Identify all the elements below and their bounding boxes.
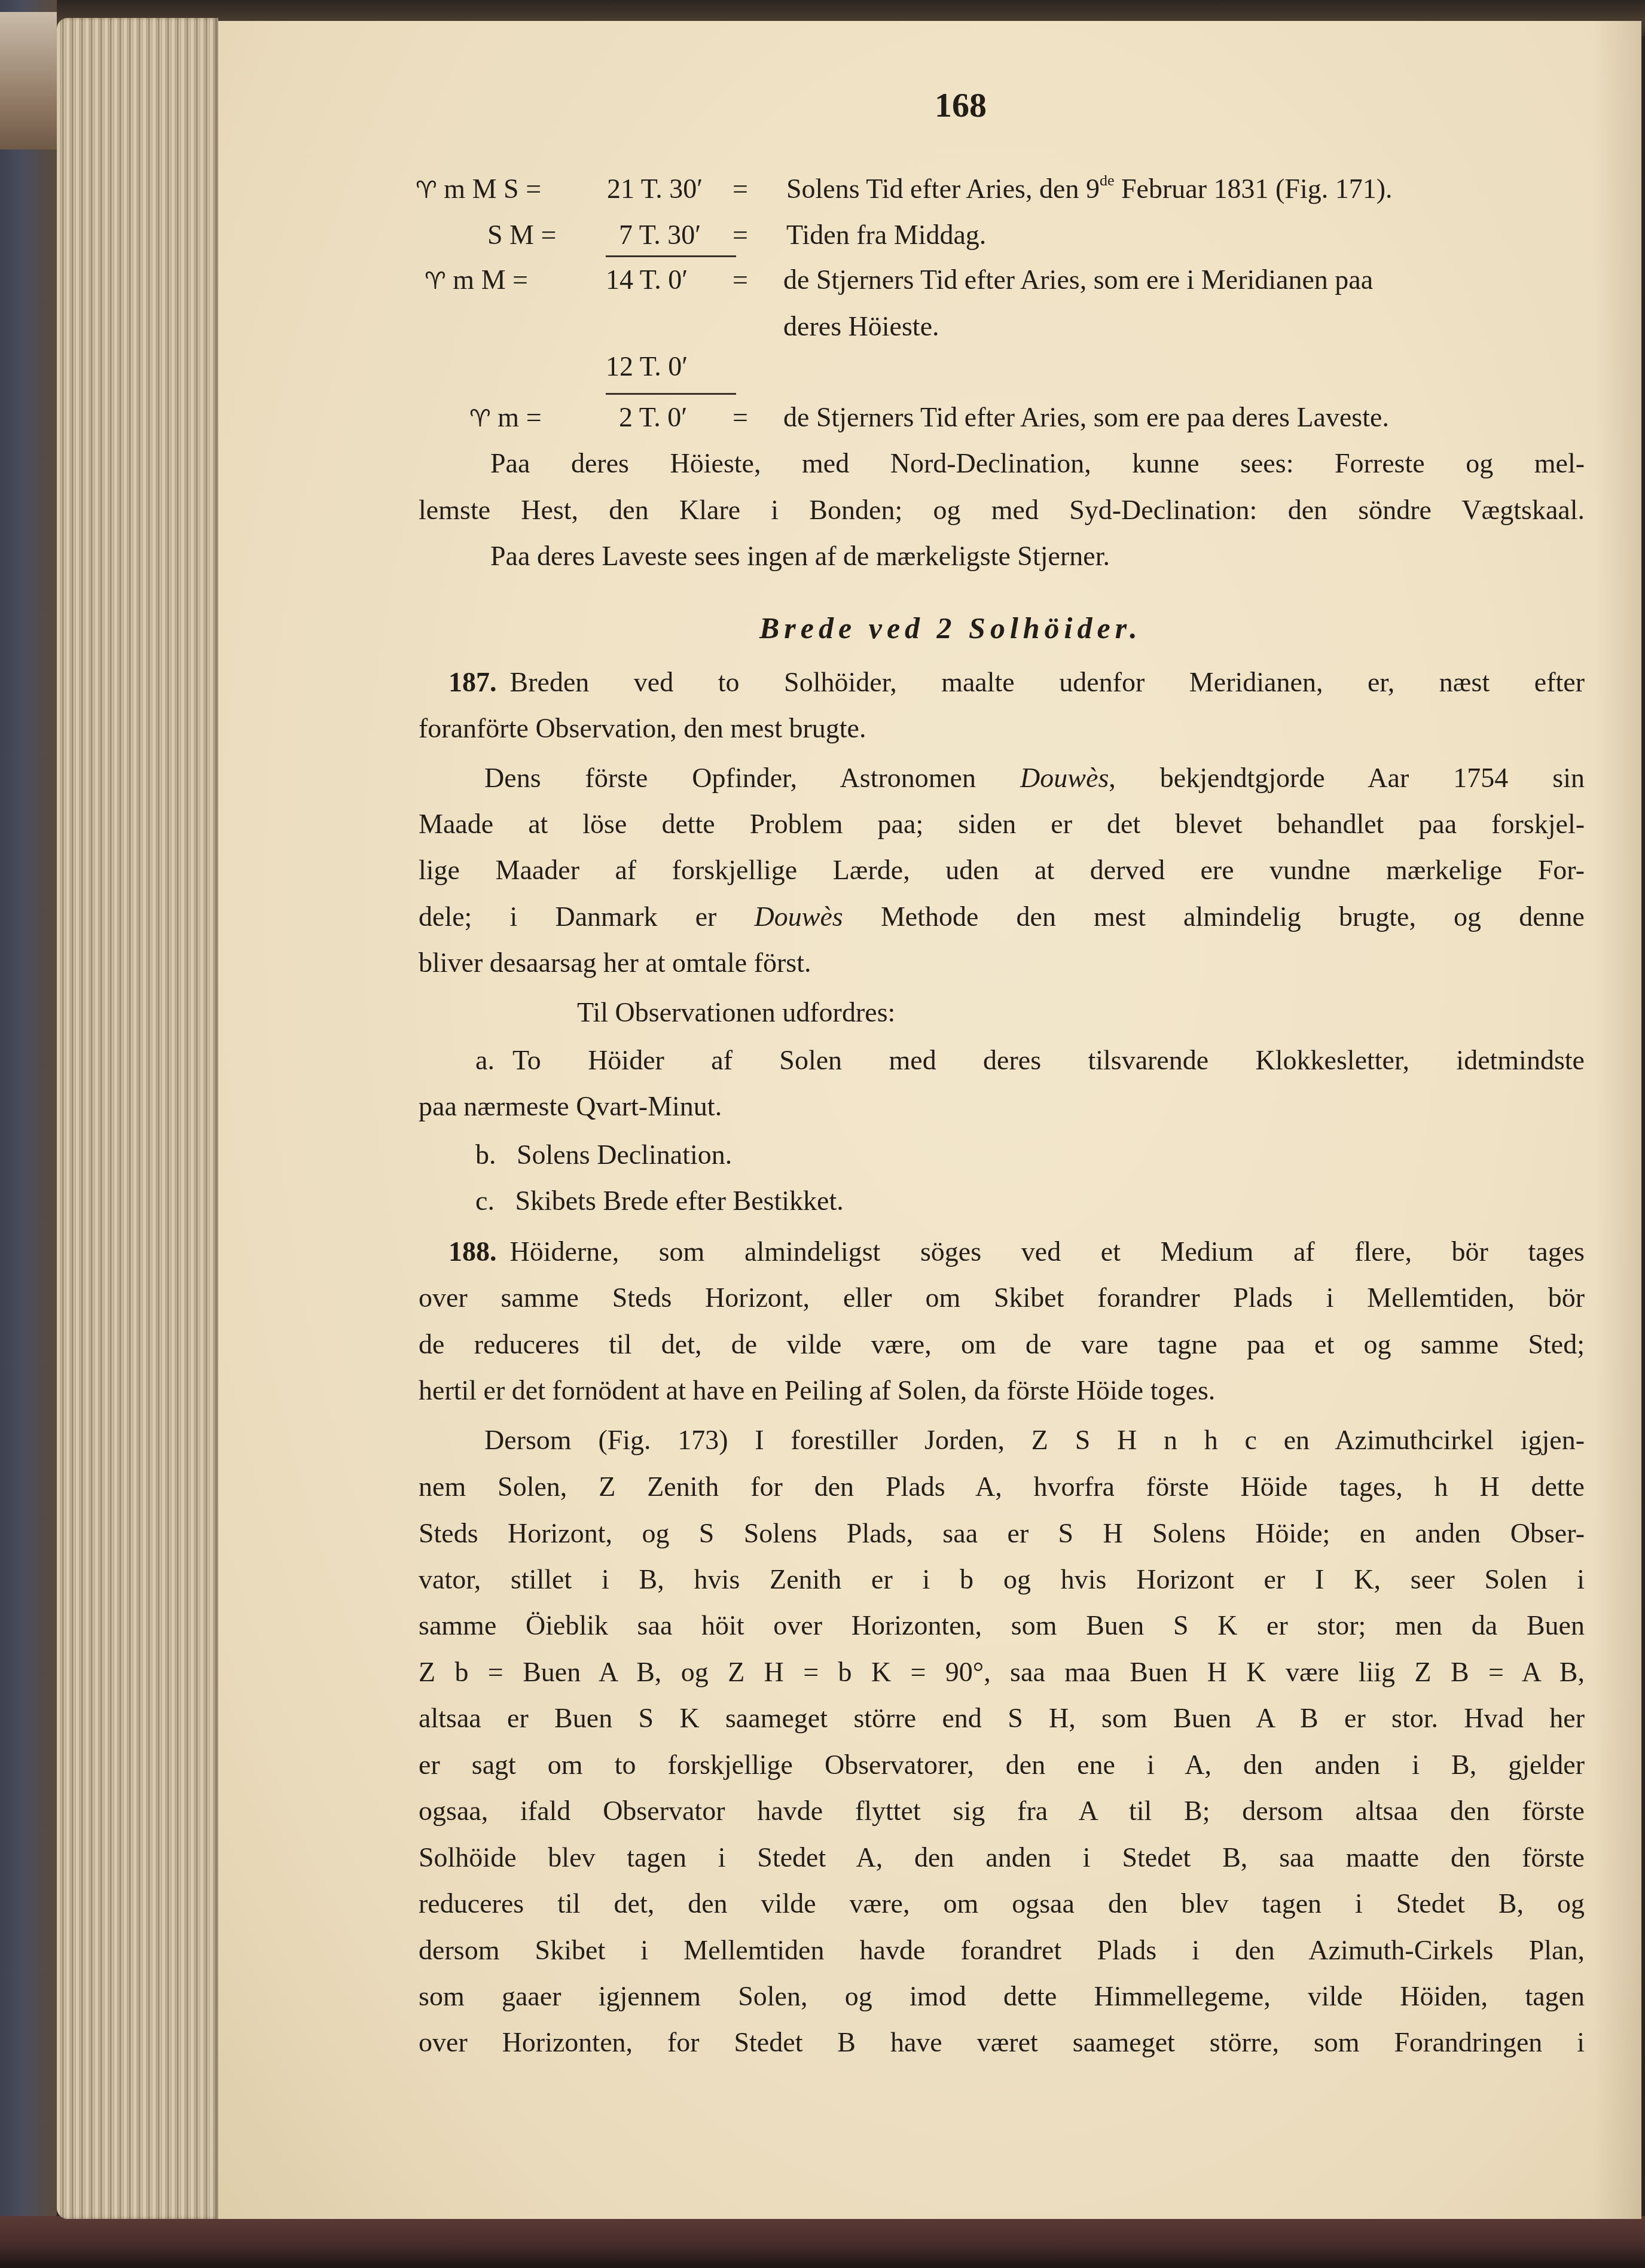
sum-rule-1 [606, 255, 736, 257]
aries-symbol-icon: ♈ [469, 405, 491, 432]
book-cover-spine [0, 0, 57, 2268]
equation-desc-2: Tiden fra Middag. [786, 221, 986, 249]
book-cover-bottom [0, 2216, 1645, 2268]
text-line: over samme Steds Horizont, eller om Skib… [419, 1284, 1585, 1312]
requirements-intro: Til Observationen udfordres: [577, 999, 895, 1026]
aries-symbol-icon: ♈ [425, 267, 446, 295]
equation-desc-5: de Stjerners Tid efter Aries, som ere pa… [783, 404, 1389, 431]
text-line: Z b = Buen A B, og Z H = b K = 90°, saa … [419, 1659, 1585, 1686]
section-number-188: 188. [448, 1238, 497, 1266]
requirement-item-a: a. To Höider af Solen med deres tilsvare… [475, 1047, 1585, 1074]
requirement-item-a-cont: paa nærmeste Qvart-Minut. [419, 1093, 722, 1120]
equation-value-2: 7 T. 30′ [619, 221, 701, 249]
section-heading: Brede ved 2 Solhöider. [759, 613, 1142, 643]
equation-row-2: S M = [487, 221, 556, 249]
name-douwes: Douwès [1020, 763, 1109, 793]
text-line: vator, stillet i B, hvis Zenith er i b o… [419, 1566, 1585, 1593]
text-line: lemste Hest, den Klare i Bonden; og med … [419, 496, 1585, 524]
text-line: dele; i Danmark er Douwès Methode den me… [419, 903, 1585, 931]
text-line: hertil er det fornödent at have en Peili… [419, 1377, 1215, 1404]
name-douwes: Douwès [755, 901, 843, 932]
text-line: ogsaa, ifald Observator havde flyttet si… [419, 1797, 1585, 1825]
requirement-item-b: b. Solens Declination. [475, 1141, 732, 1169]
text-line: bliver desaarsag her at omtale först. [419, 949, 811, 977]
text-line: Steds Horizont, og S Solens Plads, saa e… [419, 1520, 1585, 1547]
text-line: dersom Skibet i Mellemtiden havde forand… [419, 1937, 1585, 1964]
equation-eq2-1: = [733, 175, 748, 203]
text-line: er sagt om to forskjellige Observatorer,… [419, 1751, 1585, 1779]
text-line: de reduceres til det, de vilde være, om … [419, 1331, 1585, 1358]
equation-row-1: ♈ m M S = [416, 175, 541, 203]
text-line: Dersom (Fig. 173) I forestiller Jorden, … [484, 1426, 1585, 1454]
text-line: samme Öieblik saa höit over Horizonten, … [419, 1612, 1585, 1639]
page-edges-stack [57, 18, 218, 2219]
book-page: 168 ♈ m M S = 21 T. 30′ = Solens Tid eft… [218, 21, 1641, 2219]
text-line: over Horizonten, for Stedet B have været… [419, 2029, 1585, 2056]
equation-eq2-3: = [733, 266, 748, 294]
section-187-line-2: foranförte Observation, den mest brugte. [419, 715, 866, 742]
equation-eq2-2: = [733, 221, 748, 249]
equation-value-5: 2 T. 0′ [619, 404, 687, 431]
equation-desc-1: Solens Tid efter Aries, den 9de Februar … [786, 175, 1393, 203]
equation-desc-3-cont: deres Höieste. [783, 313, 939, 340]
cover-corner-wear [0, 12, 57, 150]
equation-value-3: 14 T. 0′ [606, 266, 688, 294]
equation-value-4: 12 T. 0′ [606, 353, 688, 380]
text-line: Maade at löse dette Problem paa; siden e… [419, 810, 1585, 838]
sum-rule-2 [606, 393, 736, 395]
section-188-line-1: 188. Höiderne, som almindeligst söges ve… [448, 1238, 1585, 1266]
text-line: lige Maader af forskjellige Lærde, uden … [419, 856, 1585, 884]
text-line: Paa deres Laveste sees ingen af de mærke… [490, 542, 1110, 570]
text-line: altsaa er Buen S K saameget större end S… [419, 1705, 1585, 1732]
equation-value-1: 21 T. 30′ [607, 175, 703, 203]
equation-desc-3: de Stjerners Tid efter Aries, som ere i … [783, 266, 1373, 294]
equation-row-3: ♈ m M = [425, 266, 528, 294]
equation-eq2-5: = [733, 404, 748, 431]
text-line: Dens förste Opfinder, Astronomen Douwès,… [484, 764, 1585, 792]
text-line: nem Solen, Z Zenith for den Plads A, hvo… [419, 1473, 1585, 1501]
section-number-187: 187. [448, 669, 497, 696]
section-187-line-1: 187. Breden ved to Solhöider, maalte ude… [448, 669, 1585, 696]
page-number: 168 [935, 88, 987, 123]
text-line: Paa deres Höieste, med Nord-Declination,… [490, 450, 1585, 477]
text-line: reduceres til det, den vilde være, om og… [419, 1890, 1585, 1918]
page-gutter-shade [1594, 21, 1641, 2219]
requirement-item-c: c. Skibets Brede efter Bestikket. [475, 1187, 844, 1215]
aries-symbol-icon: ♈ [416, 176, 437, 204]
text-line: som gaaer igjennem Solen, og imod dette … [419, 1983, 1585, 2010]
equation-row-5: ♈ m = [469, 404, 542, 431]
text-line: Solhöide blev tagen i Stedet A, den ande… [419, 1844, 1585, 1871]
